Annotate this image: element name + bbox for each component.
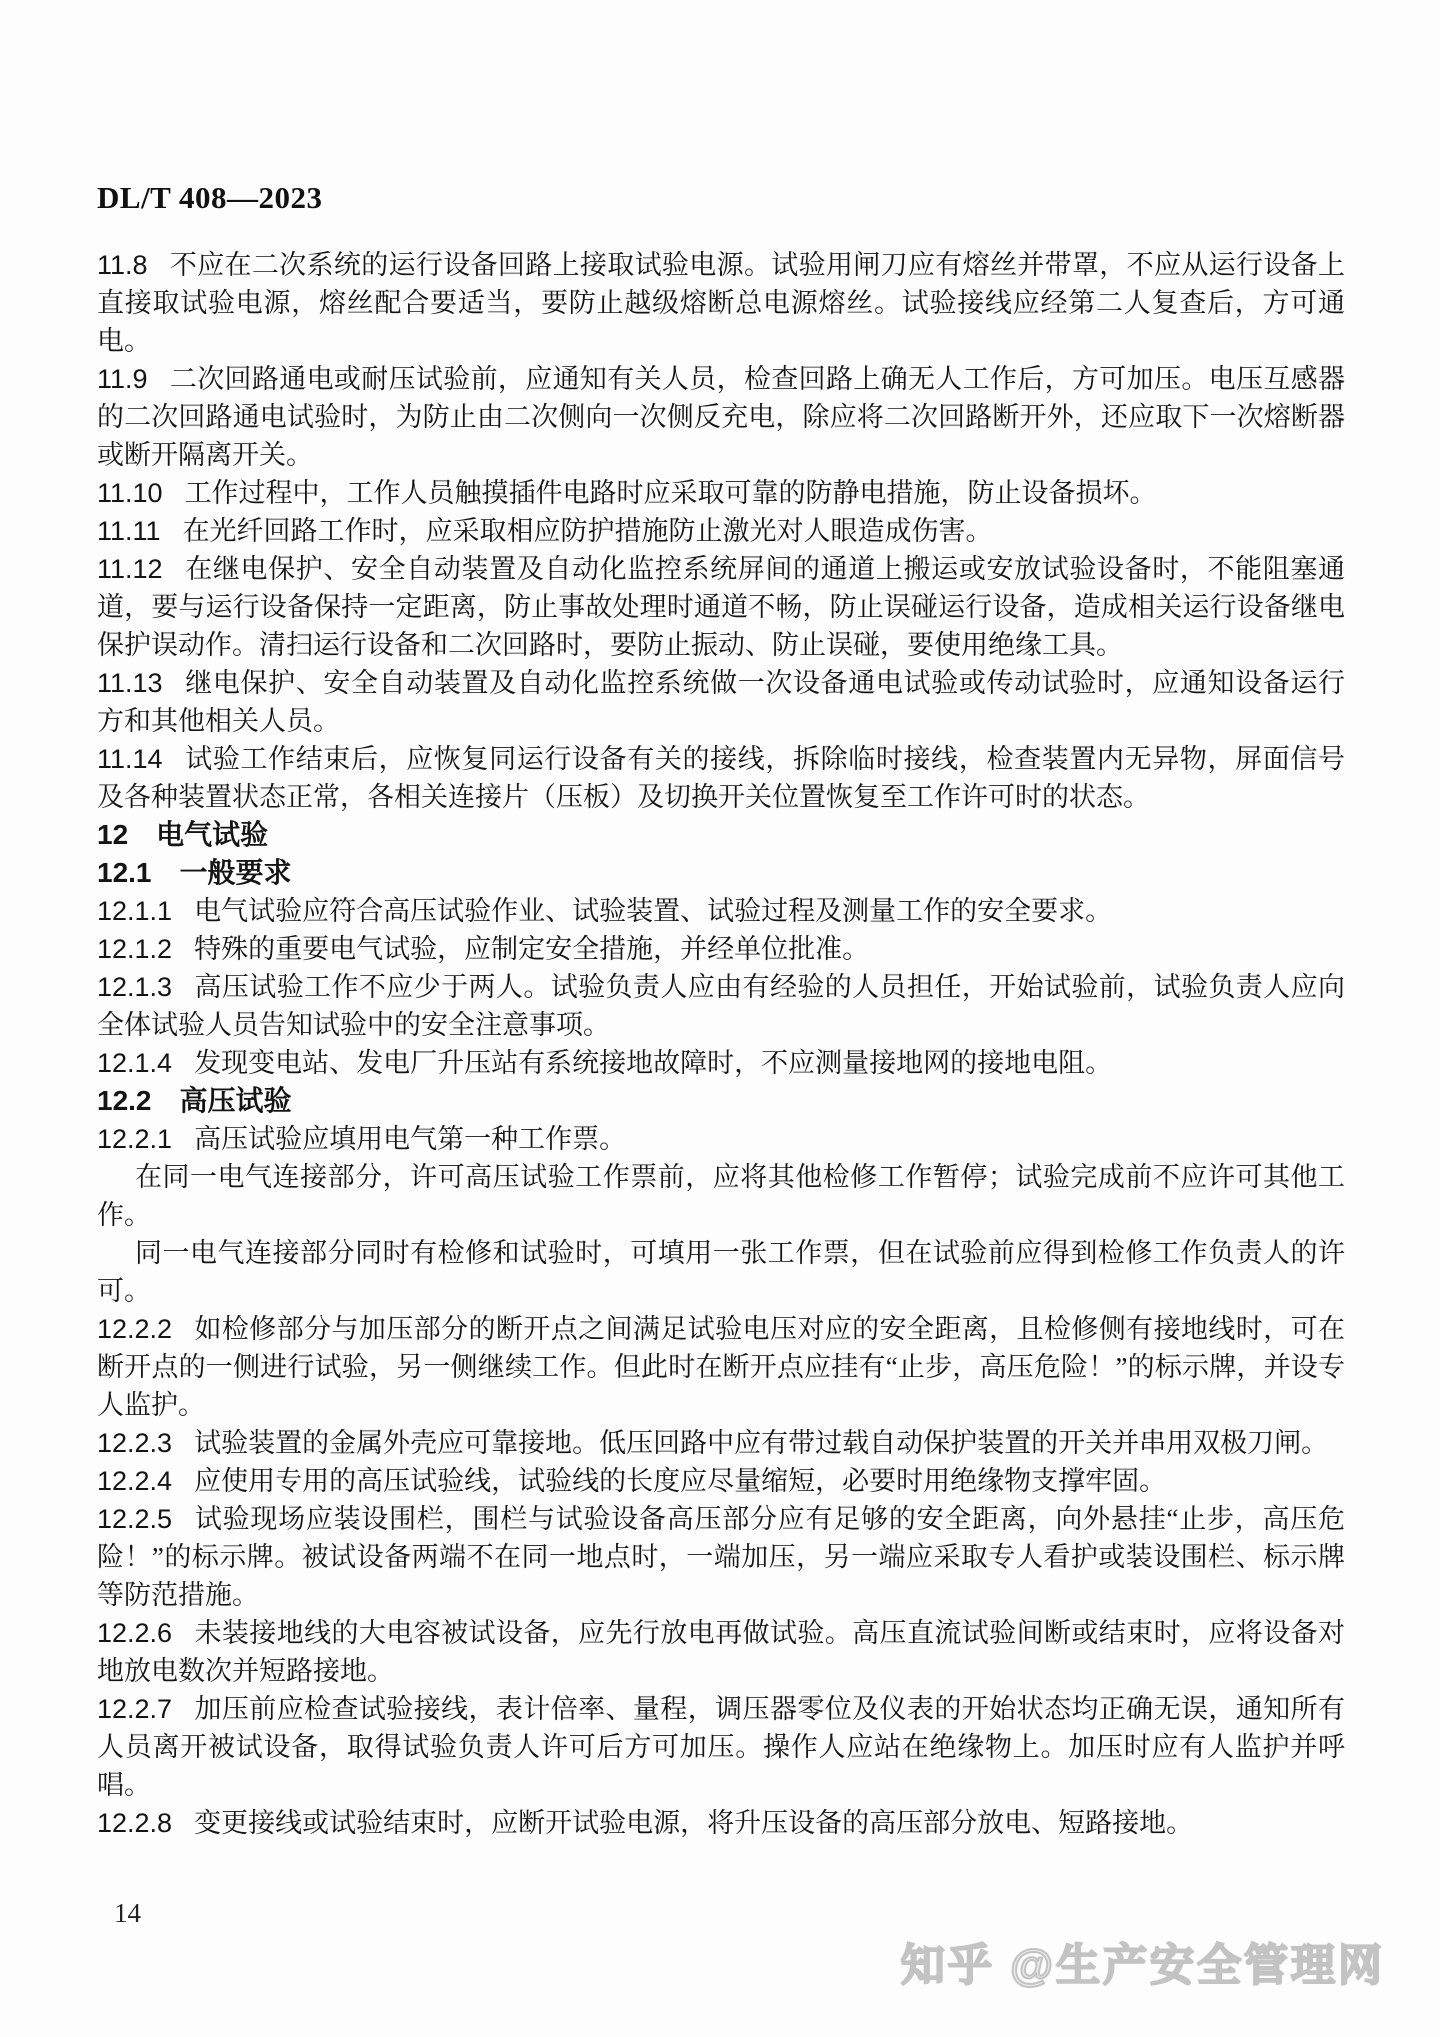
document-page: DL/T 408—2023 11.8不应在二次系统的运行设备回路上接取试验电源。… bbox=[0, 0, 1440, 2037]
clause-number: 11.14 bbox=[97, 744, 185, 774]
clause-11-12: 11.12在继电保护、安全自动装置及自动化监控系统屏间的通道上搬运或安放试验设备… bbox=[97, 550, 1345, 664]
clause-12-1-2: 12.1.2特殊的重要电气试验，应制定安全措施，并经单位批准。 bbox=[97, 930, 1345, 968]
clause-12-1-1: 12.1.1电气试验应符合高压试验作业、试验装置、试验过程及测量工作的安全要求。 bbox=[97, 892, 1345, 930]
clause-12-2-7: 12.2.7加压前应检查试验接线，表计倍率、量程，调压器零位及仪表的开始状态均正… bbox=[97, 1690, 1345, 1804]
clause-number: 12.1.2 bbox=[97, 934, 194, 964]
clause-text: 如检修部分与加压部分的断开点之间满足试验电压对应的安全距离，且检修侧有接地线时，… bbox=[97, 1314, 1345, 1420]
clause-text: 在光纤回路工作时，应采取相应防护措施防止激光对人眼造成伤害。 bbox=[183, 516, 993, 546]
section-heading-12: 12电气试验 bbox=[97, 816, 1345, 854]
clause-12-2-1-para-1: 在同一电气连接部分，许可高压试验工作票前，应将其他检修工作暂停；试验完成前不应许… bbox=[97, 1158, 1345, 1234]
clause-number: 12.1.1 bbox=[97, 896, 194, 926]
clause-11-9: 11.9二次回路通电或耐压试验前，应通知有关人员，检查回路上确无人工作后，方可加… bbox=[97, 360, 1345, 474]
clause-11-13: 11.13继电保护、安全自动装置及自动化监控系统做一次设备通电试验或传动试验时，… bbox=[97, 664, 1345, 740]
clause-number: 12.1.3 bbox=[97, 972, 194, 1002]
clause-text: 加压前应检查试验接线，表计倍率、量程，调压器零位及仪表的开始状态均正确无误，通知… bbox=[97, 1694, 1345, 1800]
clause-text: 试验现场应装设围栏，围栏与试验设备高压部分应有足够的安全距离，向外悬挂“止步，高… bbox=[97, 1504, 1345, 1610]
heading-text: 高压试验 bbox=[180, 1085, 292, 1116]
subsection-heading-12-1: 12.1一般要求 bbox=[97, 854, 1345, 892]
clause-number: 12.2.2 bbox=[97, 1314, 194, 1344]
clause-number: 11.12 bbox=[97, 554, 185, 584]
clause-number: 12.2.4 bbox=[97, 1466, 194, 1496]
watermark-text: 知乎 @生产安全管理网 bbox=[901, 1942, 1385, 1990]
clause-text: 特殊的重要电气试验，应制定安全措施，并经单位批准。 bbox=[194, 934, 869, 964]
clause-11-14: 11.14试验工作结束后，应恢复同运行设备有关的接线，拆除临时接线，检查装置内无… bbox=[97, 740, 1345, 816]
clause-number: 12.1.4 bbox=[97, 1048, 194, 1078]
clause-12-1-4: 12.1.4发现变电站、发电厂升压站有系统接地故障时，不应测量接地网的接地电阻。 bbox=[97, 1044, 1345, 1082]
clause-text: 应使用专用的高压试验线，试验线的长度应尽量缩短，必要时用绝缘物支撑牢固。 bbox=[194, 1466, 1166, 1496]
clause-text: 工作过程中，工作人员触摸插件电路时应采取可靠的防静电措施，防止设备损坏。 bbox=[185, 478, 1157, 508]
clause-text: 试验工作结束后，应恢复同运行设备有关的接线，拆除临时接线，检查装置内无异物，屏面… bbox=[97, 744, 1345, 812]
clause-number: 11.11 bbox=[97, 516, 183, 546]
clause-number: 12.2.6 bbox=[97, 1618, 194, 1648]
subsection-heading-12-2: 12.2高压试验 bbox=[97, 1082, 1345, 1120]
clause-text: 高压试验应填用电气第一种工作票。 bbox=[194, 1124, 626, 1154]
clause-12-2-1: 12.2.1高压试验应填用电气第一种工作票。 bbox=[97, 1120, 1345, 1158]
clause-12-2-8: 12.2.8变更接线或试验结束时，应断开试验电源，将升压设备的高压部分放电、短路… bbox=[97, 1804, 1345, 1842]
clause-11-8: 11.8不应在二次系统的运行设备回路上接取试验电源。试验用闸刀应有熔丝并带罩，不… bbox=[97, 246, 1345, 360]
clause-number: 11.10 bbox=[97, 478, 185, 508]
clause-text: 高压试验工作不应少于两人。试验负责人应由有经验的人员担任，开始试验前，试验负责人… bbox=[97, 972, 1345, 1040]
standard-code-header: DL/T 408—2023 bbox=[97, 182, 1345, 214]
clause-11-10: 11.10工作过程中，工作人员触摸插件电路时应采取可靠的防静电措施，防止设备损坏… bbox=[97, 474, 1345, 512]
clause-text: 变更接线或试验结束时，应断开试验电源，将升压设备的高压部分放电、短路接地。 bbox=[194, 1808, 1193, 1838]
clause-number: 12.2.1 bbox=[97, 1124, 194, 1154]
heading-text: 一般要求 bbox=[180, 857, 292, 888]
clause-text: 在继电保护、安全自动装置及自动化监控系统屏间的通道上搬运或安放试验设备时，不能阻… bbox=[97, 554, 1345, 660]
heading-number: 12.1 bbox=[97, 857, 180, 888]
clause-text: 电气试验应符合高压试验作业、试验装置、试验过程及测量工作的安全要求。 bbox=[194, 896, 1112, 926]
clause-12-2-1-para-2: 同一电气连接部分同时有检修和试验时，可填用一张工作票，但在试验前应得到检修工作负… bbox=[97, 1234, 1345, 1310]
clause-12-2-2: 12.2.2如检修部分与加压部分的断开点之间满足试验电压对应的安全距离，且检修侧… bbox=[97, 1310, 1345, 1424]
heading-text: 电气试验 bbox=[156, 819, 268, 850]
clause-number: 11.9 bbox=[97, 364, 170, 394]
clause-12-2-3: 12.2.3试验装置的金属外壳应可靠接地。低压回路中应有带过载自动保护装置的开关… bbox=[97, 1424, 1345, 1462]
clause-number: 12.2.3 bbox=[97, 1428, 194, 1458]
clause-12-2-6: 12.2.6未装接地线的大电容被试设备，应先行放电再做试验。高压直流试验间断或结… bbox=[97, 1614, 1345, 1690]
clause-12-2-4: 12.2.4应使用专用的高压试验线，试验线的长度应尽量缩短，必要时用绝缘物支撑牢… bbox=[97, 1462, 1345, 1500]
clause-text: 二次回路通电或耐压试验前，应通知有关人员，检查回路上确无人工作后，方可加压。电压… bbox=[97, 364, 1345, 470]
heading-number: 12 bbox=[97, 819, 156, 850]
clause-12-1-3: 12.1.3高压试验工作不应少于两人。试验负责人应由有经验的人员担任，开始试验前… bbox=[97, 968, 1345, 1044]
clause-text: 发现变电站、发电厂升压站有系统接地故障时，不应测量接地网的接地电阻。 bbox=[194, 1048, 1112, 1078]
page-number: 14 bbox=[114, 1898, 141, 1929]
clause-11-11: 11.11在光纤回路工作时，应采取相应防护措施防止激光对人眼造成伤害。 bbox=[97, 512, 1345, 550]
clause-number: 12.2.8 bbox=[97, 1808, 194, 1838]
heading-number: 12.2 bbox=[97, 1085, 180, 1116]
document-body: 11.8不应在二次系统的运行设备回路上接取试验电源。试验用闸刀应有熔丝并带罩，不… bbox=[97, 246, 1345, 1842]
clause-number: 12.2.5 bbox=[97, 1504, 194, 1534]
clause-text: 试验装置的金属外壳应可靠接地。低压回路中应有带过载自动保护装置的开关并串用双极刀… bbox=[194, 1428, 1328, 1458]
clause-12-2-5: 12.2.5试验现场应装设围栏，围栏与试验设备高压部分应有足够的安全距离，向外悬… bbox=[97, 1500, 1345, 1614]
clause-number: 11.8 bbox=[97, 250, 170, 280]
clause-text: 未装接地线的大电容被试设备，应先行放电再做试验。高压直流试验间断或结束时，应将设… bbox=[97, 1618, 1345, 1686]
clause-number: 11.13 bbox=[97, 668, 185, 698]
clause-text: 继电保护、安全自动装置及自动化监控系统做一次设备通电试验或传动试验时，应通知设备… bbox=[97, 668, 1345, 736]
clause-text: 不应在二次系统的运行设备回路上接取试验电源。试验用闸刀应有熔丝并带罩，不应从运行… bbox=[97, 250, 1345, 356]
clause-number: 12.2.7 bbox=[97, 1694, 194, 1724]
